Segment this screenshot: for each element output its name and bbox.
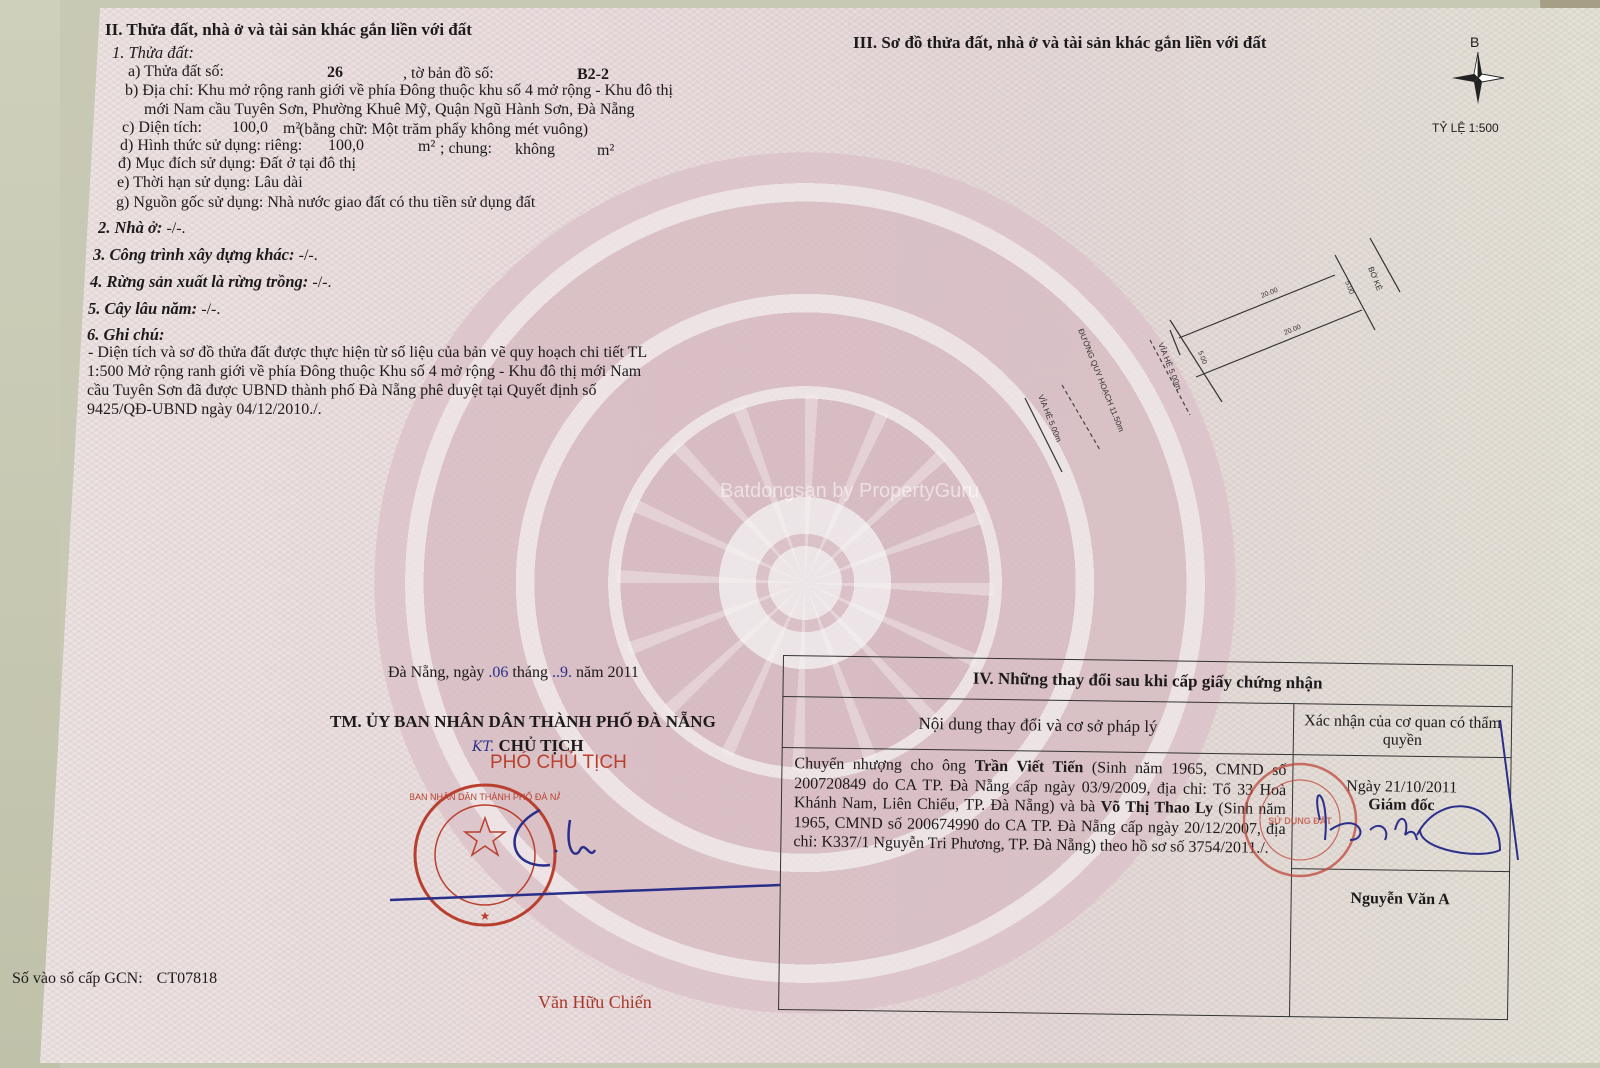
perennial-label: 5. Cây lâu năm:: [88, 299, 197, 318]
other-construction-value: -/-.: [299, 247, 318, 264]
shared-value: không: [515, 141, 555, 159]
area-label: c) Diện tích:: [122, 119, 202, 137]
confirm-signer: Nguyễn Văn A: [1292, 889, 1509, 910]
entry-text: Chuyển nhượng cho ông: [794, 755, 974, 775]
parcel-number-label: a) Thửa đất số:: [128, 63, 224, 81]
notes-heading: 6. Ghi chú:: [87, 325, 164, 345]
side-top-label: 20.00: [1260, 287, 1279, 300]
parcel-number: 26: [327, 64, 343, 82]
road-label: ĐƯỜNG QUY HOẠCH 11.50m: [1076, 327, 1126, 433]
registry-value: CT07818: [157, 970, 217, 987]
issuing-org: TM. ỦY BAN NHÂN DÂN THÀNH PHỐ ĐÀ NẴNG: [330, 712, 716, 732]
map-sheet-label: , tờ bản đồ số:: [403, 65, 494, 83]
other-construction-label: 3. Công trình xây dựng khác:: [93, 245, 295, 264]
use-form-label: d) Hình thức sử dụng: riêng:: [120, 137, 302, 155]
use-term: e) Thời hạn sử dụng: Lâu dài: [117, 174, 303, 192]
transferee-2: Võ Thị Thao Ly: [1101, 798, 1214, 817]
issue-date: Đà Nẵng, ngày .06 tháng ..9. năm 2011: [388, 664, 639, 682]
house-label: 2. Nhà ở:: [98, 218, 162, 237]
compass-rose-icon: [1448, 38, 1508, 118]
sidewalk-right-label: VỈA HÈ 5.00m: [1156, 341, 1183, 391]
date-prefix: Đà Nẵng, ngày: [388, 664, 484, 681]
director-signature: [1300, 700, 1540, 880]
chairman-signature: [380, 790, 800, 920]
area-value: 100,0: [232, 119, 268, 137]
map-scale: TỶ LỆ 1:500: [1432, 121, 1499, 135]
month-label: tháng: [512, 664, 548, 681]
perennial-value: -/-.: [201, 301, 220, 318]
section-2-title: II. Thửa đất, nhà ở và tài sản khác gắn …: [105, 20, 472, 40]
registry-label: Số vào sổ cấp GCN:: [12, 970, 143, 987]
parcel-diagram: 20.00 20.00 5.00 5.00 BỜ KÈ ĐƯỜNG QUY HO…: [1000, 220, 1420, 520]
use-origin: g) Nguồn gốc sử dụng: Nhà nước giao đất …: [116, 194, 535, 212]
forest-label: 4. Rừng sản xuất là rừng trồng:: [90, 272, 308, 291]
transferee-1: Trần Viết Tiến: [975, 758, 1084, 777]
issue-month: ..9.: [552, 664, 572, 681]
area-unit: m²: [283, 120, 300, 138]
private-area-unit: m²: [418, 138, 435, 156]
signer-name: Văn Hữu Chiến: [538, 992, 652, 1013]
registry-number: Số vào sổ cấp GCN: CT07818: [12, 970, 217, 988]
note-line-1: - Diện tích và sơ đồ thửa đất được thực …: [88, 344, 647, 362]
back-width-label: 5.00: [1343, 280, 1355, 295]
private-area-value: 100,0: [328, 137, 364, 155]
forest-value: -/-.: [312, 274, 331, 291]
address-line-2: mới Nam cầu Tuyên Sơn, Phường Khuê Mỹ, Q…: [144, 101, 635, 119]
note-line-2: 1:500 Mở rộng ranh giới về phía Đông thu…: [87, 363, 641, 381]
note-line-4: 9425/QĐ-UBND ngày 04/12/2010./.: [87, 401, 322, 419]
change-entry: Chuyển nhượng cho ông Trần Viết Tiến (Si…: [779, 747, 1294, 1016]
house-value: -/-.: [166, 220, 185, 237]
issue-day: .06: [488, 664, 508, 681]
note-line-3: cầu Tuyên Sơn đã được UBND thành phố Đà …: [87, 382, 597, 400]
land-heading: 1. Thửa đất:: [112, 43, 194, 63]
section-3-title: III. Sơ đồ thửa đất, nhà ở và tài sản kh…: [853, 33, 1267, 53]
use-purpose: đ) Mục đích sử dụng: Đất ở tại đô thị: [118, 155, 356, 173]
year-label: năm 2011: [576, 664, 639, 681]
shared-label: ; chung:: [440, 140, 492, 158]
embankment-label: BỜ KÈ: [1366, 265, 1384, 292]
shared-unit: m²: [597, 142, 614, 160]
sidewalk-left-label: VỈA HÈ 5.00m: [1036, 393, 1063, 443]
address-line-1: b) Địa chỉ: Khu mở rộng ranh giới về phí…: [125, 82, 673, 100]
watermark-text: Batdongsan by PropertyGuru: [720, 480, 979, 503]
changes-column-header: Nội dung thay đổi và cơ sở pháp lý: [782, 697, 1294, 755]
vice-chairman-stamp: PHÓ CHỦ TỊCH: [490, 752, 627, 774]
